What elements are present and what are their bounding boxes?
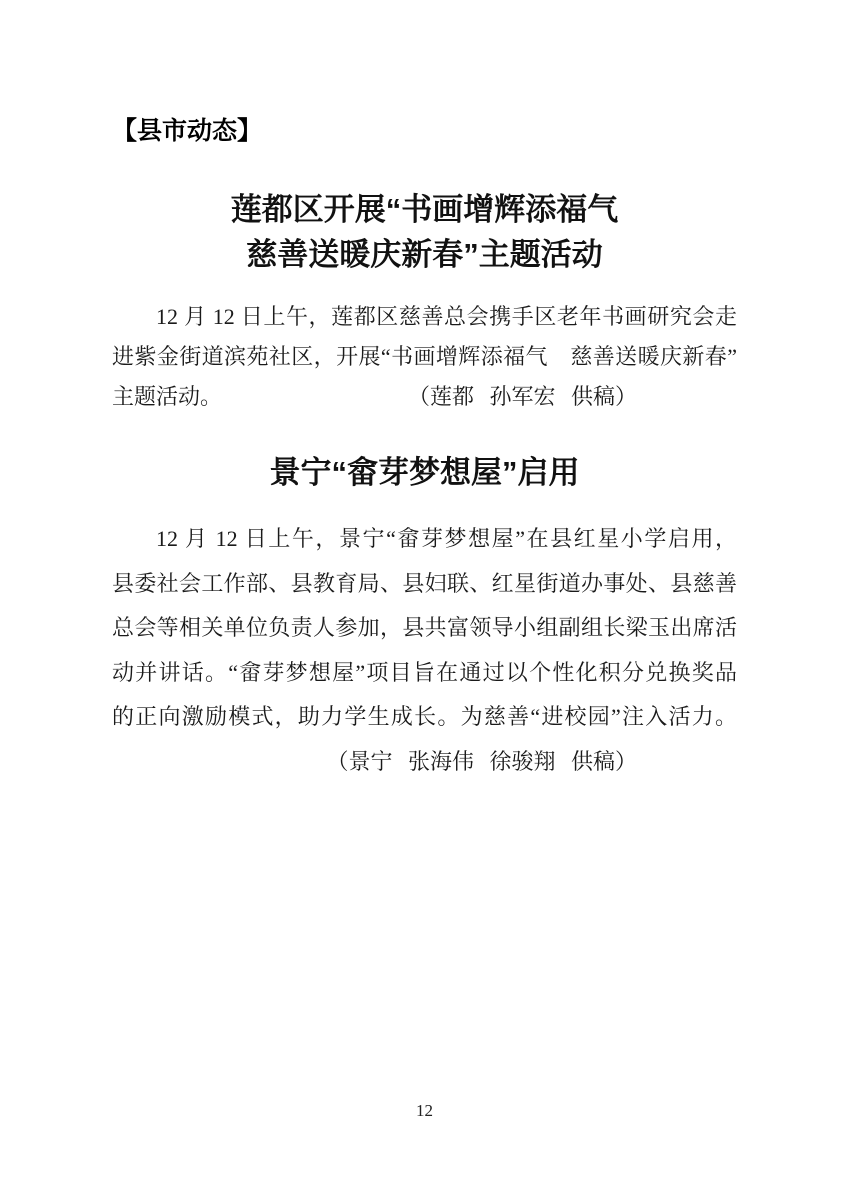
section-header: 【县市动态】 — [112, 116, 262, 146]
article2-body-line3: 总会等相关单位负责人参加，县共富领导小组副组长梁玉出席活 — [112, 606, 737, 651]
article2-title-line1: 景宁“畲芽梦想屋”启用 — [80, 450, 769, 495]
article2-body-line1: 12 月 12 日上午，景宁“畲芽梦想屋”在县红星小学启用， — [112, 517, 737, 562]
document-page: 【县市动态】 莲都区开展“书画增辉添福气 慈善送暖庆新春”主题活动 12 月 1… — [0, 0, 849, 1200]
article2-body-line2: 县委社会工作部、县教育局、县妇联、红星街道办事处、县慈善 — [112, 562, 737, 607]
article1-body-line2: 进紫金街道滨苑社区，开展“书画增辉添福气 慈善送暖庆新春” — [112, 337, 737, 377]
article1-title-line1: 莲都区开展“书画增辉添福气 — [80, 187, 769, 232]
article1-body-line3: 主题活动。 （莲都 孙军宏 供稿） — [112, 377, 737, 417]
article1-body-line1: 12 月 12 日上午，莲都区慈善总会携手区老年书画研究会走 — [112, 297, 737, 337]
article2-body-line5: 的正向激励模式，助力学生成长。为慈善“进校园”注入活力。 — [112, 695, 737, 740]
article1-title-line2: 慈善送暖庆新春”主题活动 — [80, 232, 769, 277]
article1-title: 莲都区开展“书画增辉添福气 慈善送暖庆新春”主题活动 — [80, 187, 769, 277]
article2-body-line4: 动并讲话。“畲芽梦想屋”项目旨在通过以个性化积分兑换奖品 — [112, 651, 737, 696]
article1-body-line3-text: 主题活动。 — [112, 377, 222, 417]
article2-body: 12 月 12 日上午，景宁“畲芽梦想屋”在县红星小学启用， 县委社会工作部、县… — [112, 517, 737, 784]
article1-body: 12 月 12 日上午，莲都区慈善总会携手区老年书画研究会走 进紫金街道滨苑社区… — [112, 297, 737, 417]
article2-title: 景宁“畲芽梦想屋”启用 — [80, 450, 769, 495]
article1-attribution: （莲都 孙军宏 供稿） — [408, 377, 637, 417]
page-number: 12 — [0, 1100, 849, 1122]
article2-attribution: （景宁 张海伟 徐骏翔 供稿） — [326, 749, 637, 774]
article2-attribution-line: （景宁 张海伟 徐骏翔 供稿） — [112, 740, 737, 785]
